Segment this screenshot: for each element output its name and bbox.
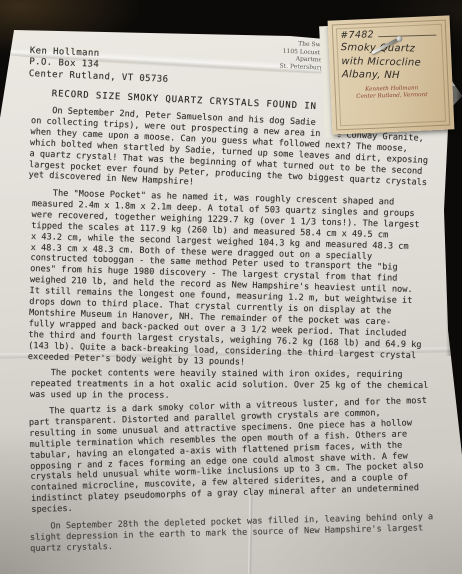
- letter-paragraph-2: The "Moose Pocket" as he named it, was r…: [28, 188, 440, 373]
- letter-paragraph-4: The quartz is a dark smoky color with a …: [28, 395, 439, 515]
- specimen-label-card: #7482 Smoky Quartz with Microcline Alban…: [328, 15, 455, 134]
- label-number-row: #7482: [340, 28, 438, 42]
- label-locality: Albany, NH: [342, 68, 440, 83]
- letter-paragraph-5: On September 28th the depleted pocket wa…: [30, 512, 439, 555]
- label-specimen-number: #7482: [340, 29, 374, 41]
- label-rule-line: [378, 34, 436, 38]
- photo-background: The Swig 1105 Locust S Apartmen St. Pete…: [0, 0, 462, 574]
- label-credit: Kenneth Hollmann Center Rutland, Vermont: [343, 84, 441, 101]
